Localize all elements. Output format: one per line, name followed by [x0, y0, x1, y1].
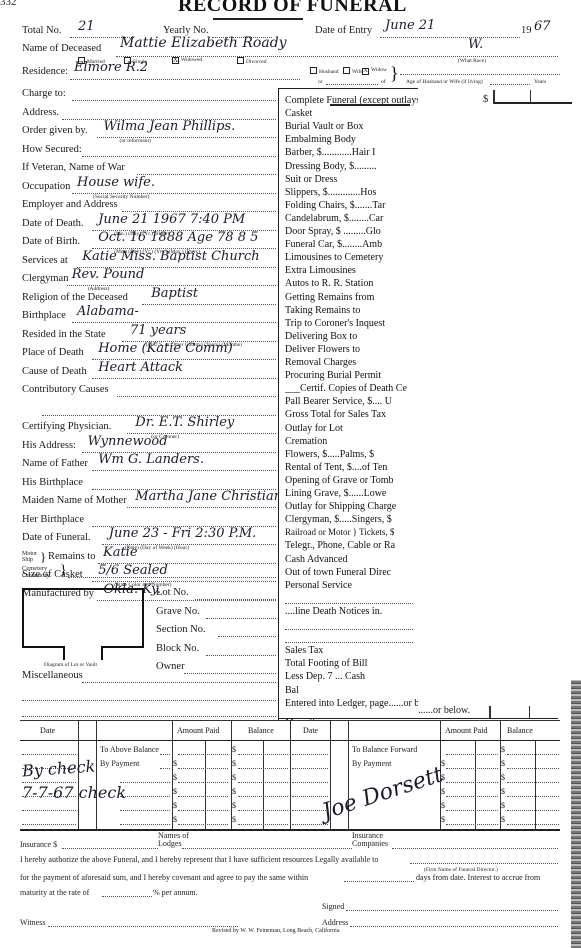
address-line[interactable] — [350, 926, 558, 927]
companies-label: Insurance Companies — [352, 832, 394, 848]
lodges-line[interactable] — [182, 848, 352, 849]
charge-item[interactable]: ___Certif. Copies of Death Ce — [285, 383, 407, 394]
ledger-right-balance-cell[interactable] — [507, 796, 559, 797]
of-label: of — [381, 79, 386, 85]
field-value[interactable]: Rev. Pound — [72, 267, 145, 282]
field-brace: } — [40, 549, 46, 565]
charge-item[interactable]: Personal Service — [285, 580, 352, 591]
ledger-right-amount-header: Amount Paid — [445, 726, 487, 735]
cemetery-field-line[interactable] — [195, 599, 276, 600]
ledger-bottom-rule — [20, 829, 560, 831]
field-line[interactable] — [82, 156, 276, 157]
diagram-caption: Diagram of Lot or Vault — [44, 662, 97, 668]
total-no-label: Total No. — [22, 25, 62, 36]
page-title: RECORD OF FUNERAL — [178, 0, 407, 17]
ledger-right-date-cell[interactable] — [292, 754, 328, 755]
misc-line-1[interactable] — [82, 682, 276, 683]
field-sublabel: (or informant) — [120, 138, 151, 144]
charge-blank-line[interactable] — [285, 629, 413, 630]
field-label: Religion of the Deceased — [22, 292, 128, 303]
field-label: His Birthplace — [22, 477, 83, 488]
field-label: Contributory Causes — [22, 384, 109, 395]
ledger-left-desc-cell[interactable] — [120, 824, 170, 825]
ledger-divider-2 — [529, 706, 530, 718]
total-no-value[interactable]: 21 — [78, 19, 95, 34]
days-text: days from date. Interest to accrue from — [416, 873, 540, 882]
charge-item[interactable]: Funeral Car, $........Amb — [285, 239, 382, 250]
ledger-left-balance-cell[interactable] — [238, 782, 288, 783]
firm-name-line[interactable] — [410, 863, 558, 864]
ledger-left-balance-header: Balance — [248, 726, 274, 735]
field-label: Employer and Address — [22, 199, 118, 210]
misc-line-2[interactable] — [22, 700, 276, 701]
charge-item[interactable]: Removal Charges — [285, 357, 356, 368]
payment-text: for the payment of aforesaid sum, and I … — [20, 873, 308, 882]
cemetery-field-line[interactable] — [206, 655, 276, 656]
charge-item[interactable]: Casket — [285, 108, 312, 119]
charge-item[interactable]: Candelabrum, $........Car — [285, 213, 383, 224]
field-label: Name of Father — [22, 458, 88, 469]
checkbox-widowed[interactable]: XWidowed — [172, 57, 202, 64]
spouse-of-line[interactable] — [326, 84, 378, 85]
ledger-left-desc-cell[interactable] — [120, 782, 170, 783]
deceased-name-value[interactable]: Mattie Elizabeth Roady — [120, 35, 287, 51]
signature: Joe Dorsett — [319, 762, 446, 825]
interest-rate-line[interactable] — [102, 896, 152, 897]
ledger-divider-1 — [489, 706, 491, 718]
field-label: Certifying Physician. — [22, 421, 111, 432]
field-value[interactable]: House wife. — [77, 175, 155, 190]
race-label: (What Race) — [458, 58, 486, 64]
field-line[interactable] — [142, 304, 276, 305]
ledger-left-desc-cell[interactable] — [120, 796, 170, 797]
signed-line[interactable] — [346, 910, 558, 911]
field-value[interactable]: Home (Katie Comm) — [98, 341, 233, 356]
companies-line[interactable] — [392, 848, 558, 849]
field-label: Date of Funeral. — [22, 532, 91, 543]
ledger-left-amount-cell[interactable] — [178, 754, 228, 755]
days-line[interactable] — [344, 881, 414, 882]
witness-line[interactable] — [48, 926, 238, 927]
ledger-left-date-cell[interactable] — [22, 824, 76, 825]
page-number: 332 — [0, 0, 17, 8]
field-value[interactable]: Dr. E.T. Shirley — [135, 415, 234, 430]
charge-item[interactable]: Telegr., Phone, Cable or Ra — [285, 540, 395, 551]
charge-item[interactable]: Trip to Coroner's Inquest — [285, 318, 385, 329]
field-label: His Address: — [22, 440, 76, 451]
field-label: Address. — [22, 107, 59, 118]
date-of-entry-line — [380, 37, 520, 38]
cemetery-field-label: Lot No. — [156, 587, 189, 598]
spouse-brace: } — [390, 64, 399, 82]
years-label: Years — [534, 79, 546, 85]
ledger-handwritten-1[interactable]: By check — [21, 756, 95, 780]
cemetery-field-line[interactable] — [206, 618, 276, 619]
field-value[interactable]: Wynnewood — [88, 434, 168, 449]
insurance-label: Insurance $ — [20, 840, 57, 849]
ledger-right-amount-cell[interactable] — [446, 824, 498, 825]
field-line[interactable] — [92, 470, 276, 471]
year-value[interactable]: 67 — [534, 19, 551, 34]
ledger-left-balance-cell[interactable] — [238, 824, 288, 825]
ledger-left-balance-cell[interactable] — [238, 754, 288, 755]
field-label: Her Birthplace — [22, 514, 84, 525]
field-prefix: Motor Ship — [22, 551, 42, 563]
ledger-left-desc-cell[interactable] — [160, 754, 170, 755]
spouse-age-line[interactable] — [490, 84, 530, 85]
charge-item[interactable]: Autos to R. R. Station — [285, 278, 373, 289]
checkbox-widow[interactable]: XWidow — [362, 67, 387, 75]
charge-item[interactable]: Bal — [285, 685, 299, 696]
field-label: Place of Death — [22, 347, 84, 358]
lot-diagram[interactable] — [22, 588, 144, 648]
title-underline — [213, 18, 303, 20]
field-line[interactable] — [117, 396, 276, 397]
charge-item[interactable]: Limousines to Cemetery — [285, 252, 383, 263]
witness-label: Witness — [20, 918, 45, 927]
payment-ledger: Date Amount Paid Balance Date Amount Pai… — [20, 720, 560, 830]
charge-item[interactable]: Opening of Grave or Tomb — [285, 475, 394, 486]
residence-line — [70, 79, 300, 80]
field-label: Remains to — [48, 551, 96, 562]
charge-item[interactable]: ....line Death Notices in. — [285, 606, 382, 617]
ledger-left-date-cell[interactable] — [22, 754, 76, 755]
address-label: Address — [322, 918, 348, 927]
charge-item[interactable]: Railroad or Motor } Tickets, $ — [285, 527, 394, 537]
charge-item[interactable]: Barber, $............Hair I — [285, 147, 375, 158]
date-of-entry-label: Date of Entry — [315, 25, 372, 36]
charge-item[interactable]: Getting Remains from — [285, 292, 374, 303]
charge-item[interactable]: Deliver Flowers to — [285, 344, 360, 355]
cemetery-field-label: Section No. — [156, 624, 206, 635]
charge-item[interactable]: Less Dep. 7 ... Cash — [285, 671, 365, 682]
revised-credit: Revised by W. W. Feineman, Long Beach, C… — [212, 928, 339, 934]
or-label: or — [318, 79, 323, 85]
field-value[interactable]: Alabama- — [77, 304, 139, 319]
field-line[interactable] — [92, 378, 276, 379]
ledger-right-balance-cell[interactable] — [507, 754, 559, 755]
charge-item[interactable]: Lining Grave, $......Lowe — [285, 488, 386, 499]
ledger-right-date-cell[interactable] — [292, 768, 328, 769]
ledger-left-desc-cell[interactable] — [160, 768, 170, 769]
charge-item[interactable]: Outlay for Lot — [285, 423, 343, 434]
field-line[interactable] — [72, 100, 276, 101]
field-label: If Veteran, Name of War — [22, 162, 125, 173]
cemetery-field-label: Block No. — [156, 643, 199, 654]
ledger-left-row-label: To Above Balance — [100, 745, 159, 754]
charge-item[interactable]: Entered into Ledger, page......or below. — [285, 698, 418, 709]
field-label: Order given by. — [22, 125, 88, 136]
field-line[interactable] — [137, 174, 276, 175]
charge-item[interactable]: Sales Tax — [285, 645, 323, 656]
ledger-left-balance-cell[interactable] — [238, 796, 288, 797]
misc-line-3[interactable] — [22, 716, 276, 717]
charge-blank-line[interactable] — [285, 603, 413, 604]
charge-item[interactable]: Total Footing of Bill — [285, 658, 367, 669]
cemetery-field-line[interactable] — [184, 673, 276, 674]
field-value[interactable]: Baptist — [151, 286, 198, 301]
ledger-right-date-cell[interactable] — [292, 796, 328, 797]
charge-item[interactable]: Clergyman, $.....Singers, $ — [285, 514, 392, 525]
field-label: Birthplace — [22, 310, 66, 321]
field-value[interactable]: Katie — [103, 545, 138, 560]
misc-label-left: Miscellaneous — [22, 670, 83, 681]
panel-bottom-rule — [278, 718, 558, 719]
ledger-right-date-cell[interactable] — [292, 782, 328, 783]
ledger-right-row-label: To Balance Forward — [352, 745, 417, 754]
ledger-handwritten-2[interactable]: 7-7-67 check — [22, 783, 126, 802]
charge-item[interactable]: Door Spray, $ .........Glo — [285, 226, 381, 237]
field-value[interactable]: June 23 - Fri 2:30 P.M. — [109, 526, 257, 541]
checkbox-husband[interactable]: Husband — [310, 67, 339, 75]
cemetery-label: CemeteryCrematory — [22, 565, 50, 579]
charge-item[interactable]: Gross Total for Sales Tax — [285, 409, 386, 420]
charge-item[interactable]: Burial Vault or Box — [285, 121, 363, 132]
ledger-right-balance-cell[interactable] — [507, 824, 559, 825]
ledger-left-amount-cell[interactable] — [178, 824, 228, 825]
complete-funeral-amount-line[interactable] — [494, 102, 572, 104]
field-value[interactable]: Katie Miss. Baptist Church — [82, 249, 259, 264]
field-value[interactable]: Heart Attack — [98, 360, 183, 375]
ledger-header-rule — [20, 740, 560, 741]
residence-label: Residence: — [22, 66, 68, 77]
charge-item[interactable]: Rental of Tent, $....of Ten — [285, 462, 387, 473]
charge-item[interactable]: Procuring Burial Permit — [285, 370, 381, 381]
field-label: Date of Birth. — [22, 236, 80, 247]
checkbox-divorced[interactable]: Divorced — [237, 57, 266, 65]
lodges-label: Names of Lodges — [158, 832, 198, 848]
field-line[interactable] — [127, 507, 276, 508]
insurance-line[interactable] — [62, 848, 158, 849]
cemetery-field-label: Owner — [156, 661, 185, 672]
ledger-right-balance-cell[interactable] — [507, 810, 559, 811]
charges-panel: Complete Funeral (except outlays)CasketB… — [278, 88, 418, 720]
race-value[interactable]: W. — [468, 37, 483, 52]
residence-value[interactable]: Elmore R.2 — [74, 60, 148, 75]
charge-item[interactable]: Pall Bearer Service, $.... U — [285, 396, 392, 407]
ledger-right-amount-cell[interactable] — [446, 768, 498, 769]
or-below-text: ......or below. — [418, 705, 470, 716]
ledger-left-balance-cell[interactable] — [238, 768, 288, 769]
deceased-name-label: Name of Deceased — [22, 43, 101, 54]
charge-item[interactable]: Suit or Dress — [285, 174, 337, 185]
field-label: Charge to: — [22, 88, 66, 99]
authorize-text: I hereby authorize the above Funeral, an… — [20, 855, 378, 864]
charge-item[interactable]: Delivering Box to — [285, 331, 357, 342]
date-of-entry-value[interactable]: June 21 — [385, 18, 435, 33]
charge-item[interactable]: Extra Limousines — [285, 265, 356, 276]
field-value[interactable]: Martha Jane Christian — [135, 489, 282, 504]
charge-item[interactable]: Slippers, $.............Hos — [285, 187, 376, 198]
cemetery-field-line[interactable] — [218, 636, 276, 637]
ledger-right-date-cell[interactable] — [292, 824, 328, 825]
ledger-right-amount-cell[interactable] — [446, 810, 498, 811]
ledger-col — [96, 721, 97, 829]
charge-item[interactable]: Cremation — [285, 436, 327, 447]
ledger-left-date-header: Date — [40, 726, 55, 735]
ledger-right-balance-cell[interactable] — [507, 768, 559, 769]
ledger-left-amount-cell[interactable] — [178, 782, 228, 783]
field-value[interactable]: June 21 1967 7:40 PM — [98, 212, 245, 227]
ledger-left-row-label: By Payment — [100, 759, 139, 768]
cemetery-brace: } — [60, 563, 67, 579]
field-label: Cause of Death — [22, 366, 87, 377]
field-value[interactable]: Oct. 16 1888 Age 78 8 5 — [98, 230, 258, 245]
charge-item[interactable]: Taking Remains to — [285, 305, 360, 316]
charge-item[interactable]: Out of town Funeral Direc — [285, 567, 391, 578]
year-prefix: 19 — [521, 25, 532, 36]
ledger-right-amount-cell[interactable] — [446, 754, 498, 755]
ledger-right-row-label: By Payment — [352, 759, 391, 768]
charge-item[interactable]: Embalming Body — [285, 134, 356, 145]
ledger-right-balance-header: Balance — [507, 726, 533, 735]
field-value[interactable]: Wm G. Landers. — [98, 452, 204, 467]
checkbox-wife[interactable]: Wife — [343, 67, 363, 75]
ledger-left-date-cell[interactable] — [22, 810, 76, 811]
ledger-right-date-header: Date — [303, 726, 318, 735]
field-value[interactable]: 5/6 Sealed — [98, 563, 168, 578]
charge-item[interactable]: Folding Chairs, $.......Tar — [285, 200, 385, 211]
field-label: How Secured: — [22, 144, 82, 155]
ledger-left-balance-cell[interactable] — [238, 810, 288, 811]
field-label: Occupation — [22, 181, 70, 192]
field-label: Date of Death. — [22, 218, 84, 229]
charge-item[interactable]: Flowers, $.....Palms, $ — [285, 449, 374, 460]
field-value[interactable]: Wilma Jean Phillips. — [104, 119, 236, 134]
ledger-left-amount-header: Amount Paid — [177, 726, 219, 735]
cemetery-line[interactable] — [68, 577, 276, 578]
maturity-text: maturity at the rate of — [20, 888, 89, 897]
charge-item[interactable]: Cash Advanced — [285, 554, 348, 565]
ledger-right-balance-cell[interactable] — [507, 782, 559, 783]
ledger-right-amount-cell[interactable] — [446, 782, 498, 783]
field-label: Clergyman — [22, 273, 68, 284]
spouse-age-label: Age of Husband or Wife (if living) — [406, 79, 483, 85]
field-label: Maiden Name of Mother — [22, 495, 127, 506]
ledger-right-amount-cell[interactable] — [446, 796, 498, 797]
ledger-left-amount-cell[interactable] — [178, 810, 228, 811]
percent-text: % per annum. — [153, 888, 198, 897]
scan-edge — [571, 680, 581, 948]
dollar-sign: $ — [483, 94, 488, 105]
field-label: Services at — [22, 255, 68, 266]
ledger-left-desc-cell[interactable] — [120, 810, 170, 811]
charge-blank-line[interactable] — [285, 642, 413, 643]
ledger-left-amount-cell[interactable] — [178, 796, 228, 797]
signed-label: Signed — [322, 902, 344, 911]
field-value[interactable]: 71 years — [130, 323, 186, 338]
ledger-left-amount-cell[interactable] — [178, 768, 228, 769]
field-label: Resided in the State — [22, 329, 106, 340]
funeral-underline — [330, 104, 410, 106]
cemetery-field-label: Grave No. — [156, 606, 200, 617]
ledger-col — [290, 721, 291, 829]
charge-item[interactable]: Outlay for Shipping Charge — [285, 501, 396, 512]
charge-item[interactable]: Dressing Body, $......... — [285, 161, 377, 172]
spouse-name-line[interactable] — [400, 74, 560, 75]
